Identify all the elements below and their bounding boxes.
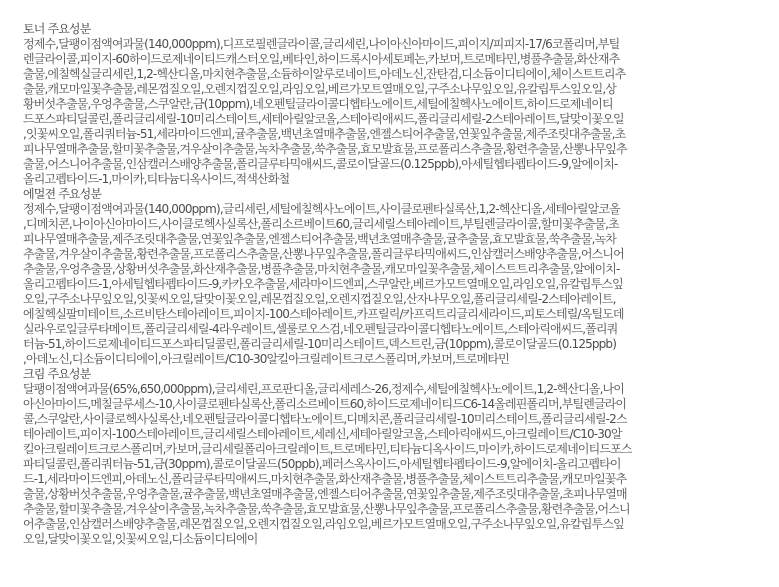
section-title: 크림 주요성분 [23, 367, 763, 382]
ingredient-line: 추출물,우엉추출물,상황버섯추출물,화산재추출물,병풀추출물,마치현추출물,캐모… [23, 262, 763, 277]
ingredient-line: 에칠헥실팔미테이트,소르비탄스테아레이트,피이지-100스테아레이트,카프릴릭/… [23, 307, 763, 322]
ingredient-line: 파티딜콜린,폴리쿼터늄-51,금(30ppm),콜로이달골드(50ppb),페러… [23, 457, 763, 472]
ingredient-line: 드포스파티딜콜린,폴리글리세릴-10미리스테이트,세테아릴알코올,스테아릭애씨드… [23, 112, 763, 127]
cream-section: 크림 주요성분 달팽이점액여과물(65%,650,000ppm),글리세린,프로… [23, 367, 763, 547]
ingredient-line: 출물,캐모마일꽃추출물,레몬껍질오일,오렌지껍질오일,라임오일,베르가모트열매오… [23, 82, 763, 97]
ingredient-line: 드-1,세라마이드엔피,아데노신,폴리글루타믹애씨드,마치현추출물,화산재추출물… [23, 472, 763, 487]
emulsion-section: 에멀젼 주요성분 정제수,달팽이점액여과물(140,000ppm),글리세린,세… [23, 187, 763, 367]
toner-section: 토너 주요성분 정제수,달팽이점액여과물(140,000ppm),디프로필렌글라… [23, 22, 763, 187]
ingredient-line: 올리고펩타이드-1,마이카,티타늄디옥사이드,적색산화철 [23, 172, 763, 187]
ingredient-line: 정제수,달팽이점액여과물(140,000ppm),글리세린,세틸에칠헥사노에이트… [23, 202, 763, 217]
ingredient-line: 콜,스쿠알란,사이클로헥사실록산,네오펜틸글라이콜디헵타노에이트,디메치콘,폴리… [23, 412, 763, 427]
ingredient-line: 렌글라이콜,피이지-60하이드로제네이티드캐스터오일,베타인,하이드록시아세토페… [23, 52, 763, 67]
ingredient-line: 오일,구주소나무잎오일,잇꽃씨오일,달맞이꽃오일,레몬껍질오일,오렌지껍질오일,… [23, 292, 763, 307]
ingredient-line: 피나무열매추출물,제주조릿대추출물,연꽃잎추출물,엔젤스티어추출물,백년초열매추… [23, 232, 763, 247]
ingredient-line: 올리고펩타이드-1,아세틸헵타펩타이드-9,카카오추출물,세라마이드엔피,스쿠알… [23, 277, 763, 292]
ingredient-line: 달팽이점액여과물(65%,650,000ppm),글리세린,프로판디올,글리세레… [23, 382, 763, 397]
ingredient-line: 킬아크릴레이트크로스폴리머,카보머,글리세릴폴리아크릴레이트,트로메타민,티타늄… [23, 442, 763, 457]
ingredient-line: 어추출물,인삼캘러스배양추출물,레몬껍질오일,오렌지껍질오일,라임오일,베르가모… [23, 517, 763, 532]
ingredient-line: 추출물,겨우살이추출물,황련추출물,프로폴리스추출물,산뽕나무잎추출물,폴리글루… [23, 247, 763, 262]
ingredient-line: 터늄-51,하이드로제네이티드포스파티딜콜린,폴리글리세릴-10미리스테이트,덱… [23, 337, 763, 352]
ingredient-line: 출물,어스니어추출물,인삼캘러스배양추출물,폴리글루타믹애씨드,콜로이달골드(0… [23, 157, 763, 172]
ingredient-line: 추출물,할미꽃추출물,겨우살이추출물,녹차추출물,쑥추출물,효모발효물,산뽕나무… [23, 502, 763, 517]
ingredients-document: 토너 주요성분 정제수,달팽이점액여과물(140,000ppm),디프로필렌글라… [23, 22, 763, 547]
ingredient-line: ,아데노신,디소듐이디티에이,아크릴레이트/C10-30알킬아크릴레이트크로스폴… [23, 352, 763, 367]
ingredient-line: 오일,달맞이꽃오일,잇꽃씨오일,디소듐이디티에이 [23, 532, 763, 547]
section-title: 토너 주요성분 [23, 22, 763, 37]
ingredient-line: 피나무열매추출물,할미꽃추출물,겨우살이추출물,녹차추출물,쑥추출물,효모발효물… [23, 142, 763, 157]
ingredient-line: 황버섯추출물,우엉추출물,스쿠알란,금(10ppm),네오펜틸글라이콜디헵타노에… [23, 97, 763, 112]
ingredient-line: 테아레이트,피이지-100스테아레이트,글리세릴스테아레이트,세레신,세테아릴알… [23, 427, 763, 442]
ingredient-line: 아신아마이드,메칠글루세스-10,사이클로펜타실록산,폴리소르베이트60,하이드… [23, 397, 763, 412]
section-title: 에멀젼 주요성분 [23, 187, 763, 202]
ingredient-line: 출물,상황버섯추출물,우엉추출물,귤추출물,백년초열매추출물,엔젤스티어추출물,… [23, 487, 763, 502]
ingredient-line: 출물,에칠헥실글리세린,1,2-헥산디올,마치현추출물,소듐하이알루로네이트,아… [23, 67, 763, 82]
ingredient-line: 정제수,달팽이점액여과물(140,000ppm),디프로필렌글라이콜,글리세린,… [23, 37, 763, 52]
ingredient-line: ,잇꽃씨오일,폴리쿼터늄-51,세라마이드엔피,귤추출물,백년초열매추출물,엔젤… [23, 127, 763, 142]
ingredient-line: ,디메치콘,나이아신아마이드,사이클로헥사실록산,폴리소르베이트60,글리세릴스… [23, 217, 763, 232]
ingredient-line: 실라우로일글루타메이트,폴리글리세릴-4라우레이트,셀룰로오스검,네오펜틸글라이… [23, 322, 763, 337]
